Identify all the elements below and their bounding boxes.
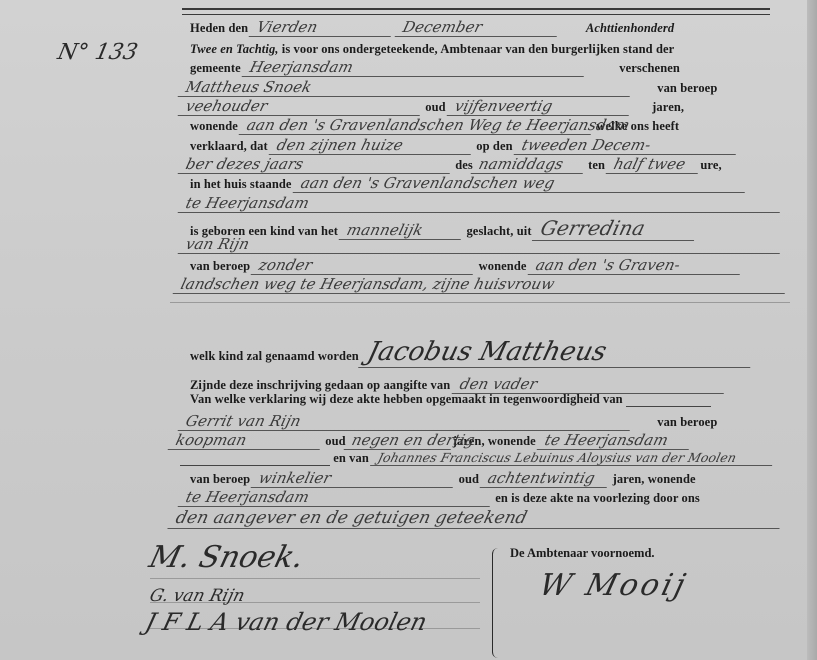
label-aangifte: Zijnde deze inschrijving gedaan op aangi… xyxy=(190,378,450,392)
handwritten-mother-residence: aan den 's Graven- xyxy=(527,256,744,275)
label-en-van: en van xyxy=(333,451,369,465)
handwritten-signed-by: den aangever en de getuigen geteekend xyxy=(167,508,784,529)
signature-brace xyxy=(492,548,501,658)
label-welk-kind-zal-genaamd-worden: welk kind zal genaamd worden xyxy=(190,349,359,363)
page-edge xyxy=(807,0,817,660)
handwritten-child-name: Jacobus Mattheus xyxy=(358,337,758,368)
line-witness-intro: Van welke verklaring wij deze akte hebbe… xyxy=(190,392,711,407)
handwritten-birth-date: tweeden Decem- xyxy=(514,136,741,155)
handwritten-witness2-age: achtentwintig xyxy=(480,469,612,488)
label-official: De Ambtenaar voornoemd. xyxy=(510,546,655,561)
line-declarant: Mattheus Snoek van beroep xyxy=(180,78,717,97)
handwritten-declarant-name: Mattheus Snoek xyxy=(178,78,635,97)
line-time: ber dezes jaars desnamiddags ten half tw… xyxy=(180,155,722,174)
label-official-text: is voor ons ondergeteekende, Ambtenaar v… xyxy=(282,42,675,56)
civil-birth-record-page: N° 133 Heden den Vierden December Achtti… xyxy=(0,0,817,660)
line-mother-residence-cont: landschen weg te Heerjansdam, zijne huis… xyxy=(175,275,787,294)
line-witness1: Gerrit van Rijn van beroep xyxy=(180,412,717,431)
handwritten-witness1-residence: te Heerjansdam xyxy=(537,431,694,450)
line-residence: wonende aan den 's Gravenlandschen Weg t… xyxy=(190,116,679,135)
label-verschenen: verschenen xyxy=(619,61,680,75)
line-date: Heden den Vierden December Achttienhonde… xyxy=(190,18,674,37)
line-official: Twee en Tachtig, is voor ons ondergeteek… xyxy=(190,42,674,57)
line-house-cont: te Heerjansdam xyxy=(180,194,782,213)
handwritten-witness1-name: Gerrit van Rijn xyxy=(178,412,635,431)
label-gemeente: gemeente xyxy=(190,61,241,75)
label-oud: oud xyxy=(459,472,479,486)
label-ten: ten xyxy=(588,158,605,172)
handwritten-witness1-occupation: koopman xyxy=(168,431,325,450)
label-van-beroep: van beroep xyxy=(657,81,717,95)
label-ure: ure, xyxy=(700,158,721,172)
signature-witness2: J F L A van der Moolen xyxy=(143,608,430,636)
handwritten-house-location-cont: te Heerjansdam xyxy=(178,194,785,213)
handwritten-witness2-occupation: winkelier xyxy=(251,469,458,488)
handwritten-witness2-name: Johannes Franciscus Lebuinus Aloysius va… xyxy=(370,450,776,466)
line-reading: te Heerjansdam en is deze akte na voorle… xyxy=(180,488,700,507)
line-mother-surname: van Rijn xyxy=(180,235,782,254)
handwritten-month: December xyxy=(394,18,561,37)
blank-rule xyxy=(170,302,790,303)
header-double-rule xyxy=(182,8,770,15)
line-child-name: welk kind zal genaamd worden Jacobus Mat… xyxy=(190,337,754,368)
label-oud: oud xyxy=(425,100,445,114)
label-year: Twee en Tachtig, xyxy=(190,42,279,56)
handwritten-day: Vierden xyxy=(249,18,396,37)
blank-line xyxy=(626,406,711,407)
label-wonende: wonende xyxy=(479,259,527,273)
label-in-het-huis-staande: in het huis staande xyxy=(190,177,292,191)
line-declared: verklaard, dat den zijnen huize op den t… xyxy=(190,136,738,155)
signature-official: W Mooij xyxy=(536,568,692,603)
label-van-beroep: van beroep xyxy=(190,472,250,486)
register-number: N° 133 xyxy=(55,40,140,65)
handwritten-occupation: veehouder xyxy=(178,97,425,116)
line-witness1-details: koopman oudnegen en dertigjaren, wonende… xyxy=(170,431,691,450)
label-van-beroep: van beroep xyxy=(190,259,250,273)
label-voorlezing: en is deze akte na voorlezing door ons xyxy=(495,491,700,505)
handwritten-hour: half twee xyxy=(606,155,703,174)
signature-witness1: G. van Rijn xyxy=(148,586,247,606)
label-witness-intro: Van welke verklaring wij deze akte hebbe… xyxy=(190,392,623,406)
handwritten-age: vijfenveertig xyxy=(447,97,634,116)
label-jaren: jaren, xyxy=(652,100,684,114)
label-van-beroep: van beroep xyxy=(657,415,717,429)
label-verklaard-dat: verklaard, dat xyxy=(190,139,268,153)
line-house: in het huis staande aan den 's Gravenlan… xyxy=(190,174,747,193)
line-witness2: en van Johannes Franciscus Lebuinus Aloy… xyxy=(180,450,774,466)
line-mother-occupation: van beroep zonder wonende aan den 's Gra… xyxy=(190,256,742,275)
label-des: des xyxy=(455,158,473,172)
label-year-prefix: Achttienhonderd xyxy=(586,21,674,35)
label-jaren-wonende: jaren, wonende xyxy=(613,472,696,486)
handwritten-mother-residence-cont: landschen weg te Heerjansdam, zijne huis… xyxy=(173,275,790,294)
handwritten-house-location: aan den 's Gravenlandschen weg xyxy=(292,174,749,193)
handwritten-mother-surname: van Rijn xyxy=(178,235,785,254)
signature-rule xyxy=(150,578,480,579)
label-oud: oud xyxy=(325,434,345,448)
line-occupation-age: veehouder oud vijfenveertig jaren, xyxy=(180,97,684,116)
signature-father: M. Snoek. xyxy=(146,540,308,575)
label-wonende: wonende xyxy=(190,119,238,133)
handwritten-witness2-residence: te Heerjansdam xyxy=(178,488,495,507)
handwritten-municipality: Heerjansdam xyxy=(242,58,589,77)
handwritten-witness1-age: negen en dertig xyxy=(343,431,455,450)
handwritten-place: den zijnen huize xyxy=(269,136,476,155)
line-municipality: gemeente Heerjansdam verschenen xyxy=(190,58,680,77)
line-signed: den aangever en de getuigen geteekend xyxy=(170,508,782,529)
label-heden-den: Heden den xyxy=(190,21,248,35)
blank-line xyxy=(180,465,330,466)
label-op-den: op den xyxy=(476,139,512,153)
handwritten-residence: aan den 's Gravenlandschen Weg te Heerja… xyxy=(239,116,596,135)
handwritten-mother-occupation: zonder xyxy=(251,256,478,275)
handwritten-date-cont: ber dezes jaars xyxy=(178,155,455,174)
line-witness2-details: van beroep winkelier oud achtentwintig j… xyxy=(190,469,696,488)
handwritten-part-of-day: namiddags xyxy=(471,155,588,174)
